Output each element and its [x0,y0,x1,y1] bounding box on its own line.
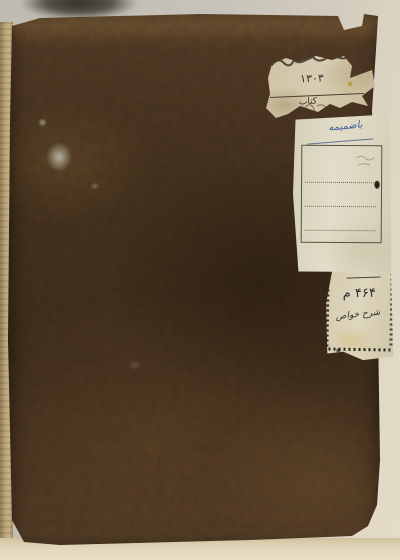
wear-stain [38,118,47,127]
ink-rule-line [307,138,373,144]
wear-stain [90,182,100,190]
year-inscription: ۱۳۰۳ [282,71,342,86]
pencil-dash [347,276,381,278]
heading-inscription: باضميمه [309,118,382,136]
wear-stain [46,142,72,172]
perforation-edge [389,269,393,349]
torn-label-bottom: ۴۶۴ م شرح خواص [323,263,395,360]
shelf-number-inscription: ۴۶۴ م [332,286,386,302]
dotted-rule [305,182,376,183]
form-label: باضميمه [292,114,392,273]
title-inscription: شرح خواص [330,307,387,323]
dotted-rule [305,230,376,231]
faint-handwriting-scribble [354,152,380,170]
manuscript-cover-photo: ۱۳۰۳ كتاب ۴۶۴ م شرح خواص باضميمه [0,0,400,560]
wear-stain [128,360,142,370]
paper-hole [374,180,380,189]
ink-speck [348,82,352,86]
ruled-frame [301,145,383,244]
dotted-rule [305,206,376,207]
